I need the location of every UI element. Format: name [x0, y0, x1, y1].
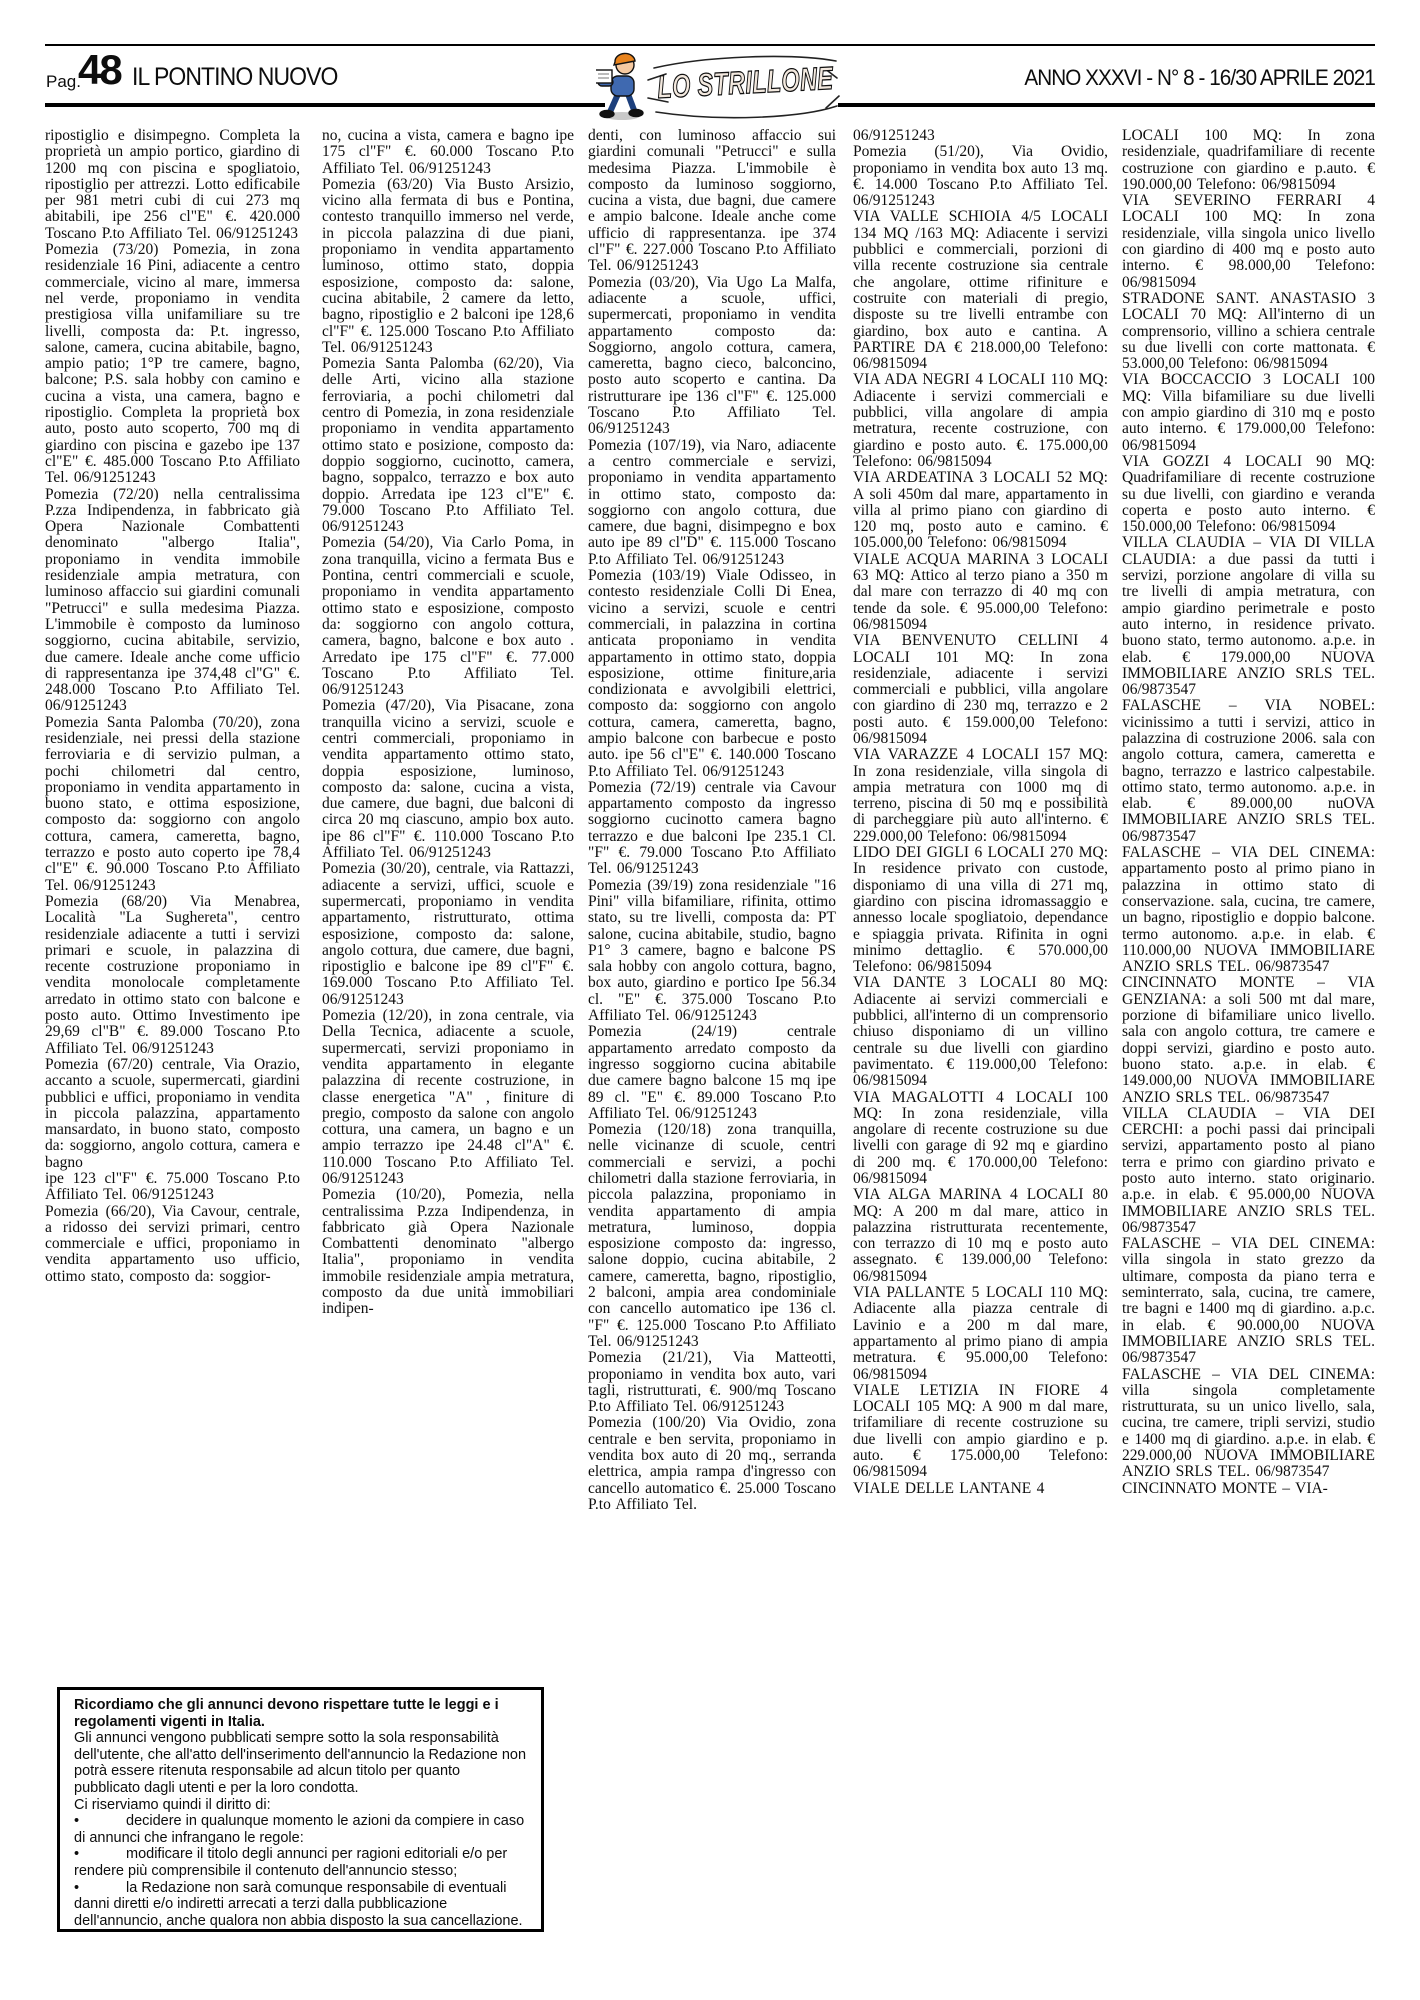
ad-paragraph: Pomezia (120/18) zona tranquilla, nelle …: [588, 1122, 836, 1350]
ad-paragraph: Pomezia (21/21), Via Matteotti, proponia…: [588, 1350, 836, 1415]
ad-paragraph: VIA VALLE SCHIOIA 4/5 LOCALI 134 MQ /163…: [853, 209, 1108, 372]
ad-paragraph: 06/91251243: [853, 128, 1108, 144]
ad-paragraph: VIALE LETIZIA IN FIORE 4 LOCALI 105 MQ: …: [853, 1383, 1108, 1481]
page-label: Pag.: [46, 72, 81, 92]
ad-paragraph: VIA ALGA MARINA 4 LOCALI 80 MQ: A 200 m …: [853, 1187, 1108, 1285]
ad-paragraph: Pomezia (63/20) Via Busto Arsizio, vicin…: [322, 177, 574, 356]
ad-paragraph: no, cucina a vista, camera e bagno ipe 1…: [322, 128, 574, 177]
classifieds-column-5: LOCALI 100 MQ: In zona residenziale, qua…: [1122, 128, 1375, 1942]
classifieds-column-2: no, cucina a vista, camera e bagno ipe 1…: [322, 128, 574, 1670]
ad-paragraph: VIA DANTE 3 LOCALI 80 MQ: Adiacente ai s…: [853, 975, 1108, 1089]
ad-paragraph: ipe 123 cl"F" €. 75.000 Toscano P.to Aff…: [45, 1171, 300, 1204]
legal-notice-bullet: la Redazione non sarà comunque responsab…: [74, 1880, 529, 1930]
ad-paragraph: VIA BOCCACCIO 3 LOCALI 100 MQ: Villa bif…: [1122, 372, 1375, 453]
ad-paragraph: CINCINNATO MONTE – VIA-: [1122, 1481, 1375, 1497]
ad-paragraph: Pomezia Santa Palomba (62/20), Via delle…: [322, 356, 574, 535]
ad-paragraph: Pomezia (54/20), Via Carlo Poma, in zona…: [322, 535, 574, 698]
legal-notice-box: Ricordiamo che gli annunci devono rispet…: [57, 1687, 544, 1932]
lo-strillone-logo: LO STRILLONE: [596, 48, 841, 124]
ad-paragraph: FALASCHE – VIA DEL CINEMA: villa singola…: [1122, 1367, 1375, 1481]
ad-paragraph: CINCINNATO MONTE – VIA GENZIANA: a soli …: [1122, 975, 1375, 1105]
ad-paragraph: Pomezia (12/20), in zona centrale, via D…: [322, 1008, 574, 1187]
ad-paragraph: Pomezia (66/20), Via Cavour, centrale, a…: [45, 1204, 300, 1285]
ad-paragraph: Pomezia (39/19) zona residenziale "16 Pi…: [588, 878, 836, 1025]
ad-paragraph: VIA ARDEATINA 3 LOCALI 52 MQ: A soli 450…: [853, 470, 1108, 551]
newspaper-page: Pag. 48 IL PONTINO NUOVO ANNO XXXVI - N°…: [0, 0, 1420, 2000]
page-number: 48: [78, 46, 121, 94]
classifieds-column-3: denti, con luminoso affaccio sui giardin…: [588, 128, 836, 1942]
masthead-title: IL PONTINO NUOVO: [132, 63, 338, 92]
ad-paragraph: VIA ADA NEGRI 4 LOCALI 110 MQ: Adiacente…: [853, 372, 1108, 470]
legal-notice-title: Ricordiamo che gli annunci devono rispet…: [74, 1697, 529, 1730]
ad-paragraph: VILLA CLAUDIA – VIA DEI CERCHI: a pochi …: [1122, 1106, 1375, 1236]
ad-paragraph: LOCALI 100 MQ: In zona residenziale, qua…: [1122, 128, 1375, 193]
ad-paragraph: Pomezia (03/20), Via Ugo La Malfa, adiac…: [588, 275, 836, 438]
ad-paragraph: VIALE ACQUA MARINA 3 LOCALI 63 MQ: Attic…: [853, 552, 1108, 633]
ad-paragraph: Pomezia (10/20), Pomezia, nella centrali…: [322, 1187, 574, 1317]
classifieds-column-4: 06/91251243Pomezia (51/20), Via Ovidio, …: [853, 128, 1108, 1942]
top-rule: [45, 44, 1375, 46]
ad-paragraph: Pomezia (67/20) centrale, Via Orazio, ac…: [45, 1057, 300, 1171]
legal-notice-paragraph: Gli annunci vengono pubblicati sempre so…: [74, 1730, 529, 1796]
ad-paragraph: VIA PALLANTE 5 LOCALI 110 MQ: Adiacente …: [853, 1285, 1108, 1383]
ad-paragraph: Pomezia (30/20), centrale, via Rattazzi,…: [322, 861, 574, 1008]
ad-paragraph: Pomezia (103/19) Viale Odisseo, in conte…: [588, 568, 836, 780]
legal-notice-bullet: modificare il titolo degli annunci per r…: [74, 1846, 529, 1879]
ad-paragraph: FALASCHE – VIA DEL CINEMA: appartamento …: [1122, 845, 1375, 975]
ad-paragraph: Pomezia (100/20) Via Ovidio, zona centra…: [588, 1415, 836, 1513]
legal-notice-paragraph: Ci riserviamo quindi il diritto di:: [74, 1797, 529, 1814]
ad-paragraph: VIA BENVENUTO CELLINI 4 LOCALI 101 MQ: I…: [853, 633, 1108, 747]
ad-paragraph: Pomezia (72/20) nella centralissima P.zz…: [45, 487, 300, 715]
legal-notice-bullet: decidere in qualunque momento le azioni …: [74, 1813, 529, 1846]
ad-paragraph: FALASCHE – VIA NOBEL: vicinissimo a tutt…: [1122, 698, 1375, 845]
newsboy-figure: [596, 53, 643, 120]
ad-paragraph: STRADONE SANT. ANASTASIO 3 LOCALI 70 MQ:…: [1122, 291, 1375, 372]
ad-paragraph: VIA SEVERINO FERRARI 4 LOCALI 100 MQ: In…: [1122, 193, 1375, 291]
classifieds-column-1: ripostiglio e disimpegno. Completa la pr…: [45, 128, 300, 1670]
header-rule-left: [45, 103, 605, 107]
ad-paragraph: Pomezia (68/20) Via Menabrea, Località "…: [45, 894, 300, 1057]
ad-paragraph: ripostiglio e disimpegno. Completa la pr…: [45, 128, 300, 242]
ad-paragraph: VIA VARAZZE 4 LOCALI 157 MQ: In zona res…: [853, 747, 1108, 845]
ad-paragraph: VIA GOZZI 4 LOCALI 90 MQ: Quadrifamiliar…: [1122, 454, 1375, 535]
logo-text: LO STRILLONE: [656, 60, 834, 105]
ad-paragraph: Pomezia (72/19) centrale via Cavour appa…: [588, 780, 836, 878]
ad-paragraph: VILLA CLAUDIA – VIA DI VILLA CLAUDIA: a …: [1122, 535, 1375, 698]
header-rule-right: [838, 103, 1375, 107]
ad-paragraph: VIALE DELLE LANTANE 4: [853, 1481, 1108, 1497]
ad-paragraph: Pomezia (24/19) centrale appartamento ar…: [588, 1024, 836, 1122]
ad-paragraph: Pomezia (51/20), Via Ovidio, proponiamo …: [853, 144, 1108, 209]
ad-paragraph: Pomezia (47/20), Via Pisacane, zona tran…: [322, 698, 574, 861]
ad-paragraph: FALASCHE – VIA DEL CINEMA: villa singola…: [1122, 1236, 1375, 1366]
ad-paragraph: Pomezia (73/20) Pomezia, in zona residen…: [45, 242, 300, 486]
ad-paragraph: VIA MAGALOTTI 4 LOCALI 100 MQ: In zona r…: [853, 1090, 1108, 1188]
issue-info: ANNO XXXVI - N° 8 - 16/30 APRILE 2021: [1024, 65, 1375, 91]
ad-paragraph: LIDO DEI GIGLI 6 LOCALI 270 MQ: In resid…: [853, 845, 1108, 975]
ad-paragraph: Pomezia (107/19), via Naro, adiacente a …: [588, 438, 836, 568]
ad-paragraph: Pomezia Santa Palomba (70/20), zona resi…: [45, 715, 300, 894]
ad-paragraph: denti, con luminoso affaccio sui giardin…: [588, 128, 836, 275]
